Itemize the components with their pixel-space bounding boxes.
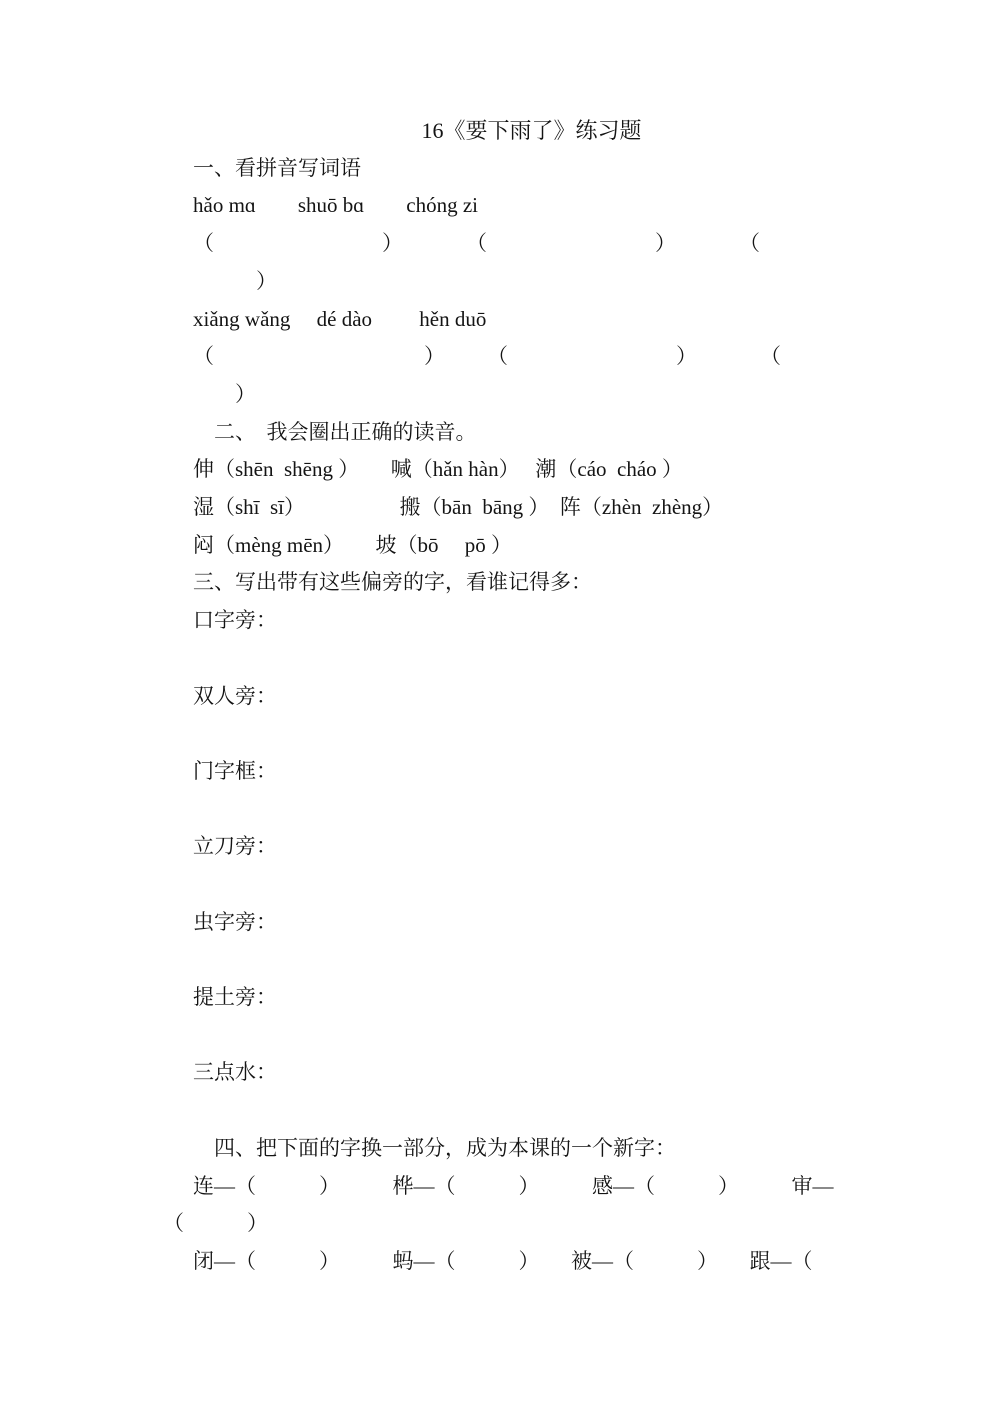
page-title: 16《要下雨了》练习题 — [193, 112, 870, 150]
doc-line-11-pinyin-row: 闷（mèng mēn） 坡（bō pō ） — [193, 527, 870, 565]
doc-line-5-pinyin-row: xiǎng wǎng dé dào hěn duō — [193, 301, 870, 339]
document-body: 16《要下雨了》练习题一、看拼音写词语hǎo mɑ shuō bɑ chóng … — [193, 112, 870, 1281]
doc-line-14-spacer — [193, 640, 870, 678]
doc-line-10-pinyin-row: 湿（shī sī） 搬（bān bāng ） 阵（zhèn zhèng） — [193, 489, 870, 527]
doc-line-19-radical-prompt: 立刀旁： — [193, 828, 870, 866]
doc-line-7-paren-wrap: ） — [193, 376, 870, 414]
doc-line-17-radical-prompt: 门字框： — [193, 753, 870, 791]
doc-line-28-swap-row: 连—（ ） 桦—（ ） 感—（ ） 审— — [193, 1168, 870, 1206]
doc-line-8-heading: 二、 我会圈出正确的读音。 — [193, 414, 870, 452]
doc-line-16-spacer — [193, 715, 870, 753]
doc-line-18-spacer — [193, 791, 870, 829]
doc-line-30-swap-row: 闭—（ ） 蚂—（ ） 被—（ ） 跟—（ — [193, 1243, 870, 1281]
doc-line-20-spacer — [193, 866, 870, 904]
doc-line-22-spacer — [193, 941, 870, 979]
doc-line-1-heading: 一、看拼音写词语 — [193, 150, 870, 188]
doc-line-9-pinyin-row: 伸（shēn shēng ） 喊（hǎn hàn） 潮（cáo cháo ） — [193, 451, 870, 489]
doc-line-26-spacer — [193, 1092, 870, 1130]
doc-line-13-radical-prompt: 口字旁： — [193, 602, 870, 640]
worksheet-page: 16《要下雨了》练习题一、看拼音写词语hǎo mɑ shuō bɑ chóng … — [0, 0, 1000, 1415]
doc-line-25-radical-prompt: 三点水： — [193, 1054, 870, 1092]
doc-line-23-radical-prompt: 提土旁： — [193, 979, 870, 1017]
doc-line-24-spacer — [193, 1017, 870, 1055]
doc-line-12-heading: 三、写出带有这些偏旁的字，看谁记得多： — [193, 564, 870, 602]
doc-line-2-pinyin-row: hǎo mɑ shuō bɑ chóng zi — [193, 187, 870, 225]
doc-line-3-paren-row: （ ） （ ） （ — [193, 225, 870, 263]
doc-line-15-radical-prompt: 双人旁： — [193, 678, 870, 716]
doc-line-29-swap-wrap: （ ） — [163, 1205, 870, 1243]
doc-line-6-paren-row: （ ） （ ） （ — [193, 338, 870, 376]
doc-line-27-heading: 四、把下面的字换一部分，成为本课的一个新字： — [193, 1130, 870, 1168]
doc-line-4-paren-wrap: ） — [193, 263, 870, 301]
doc-line-21-radical-prompt: 虫字旁： — [193, 904, 870, 942]
